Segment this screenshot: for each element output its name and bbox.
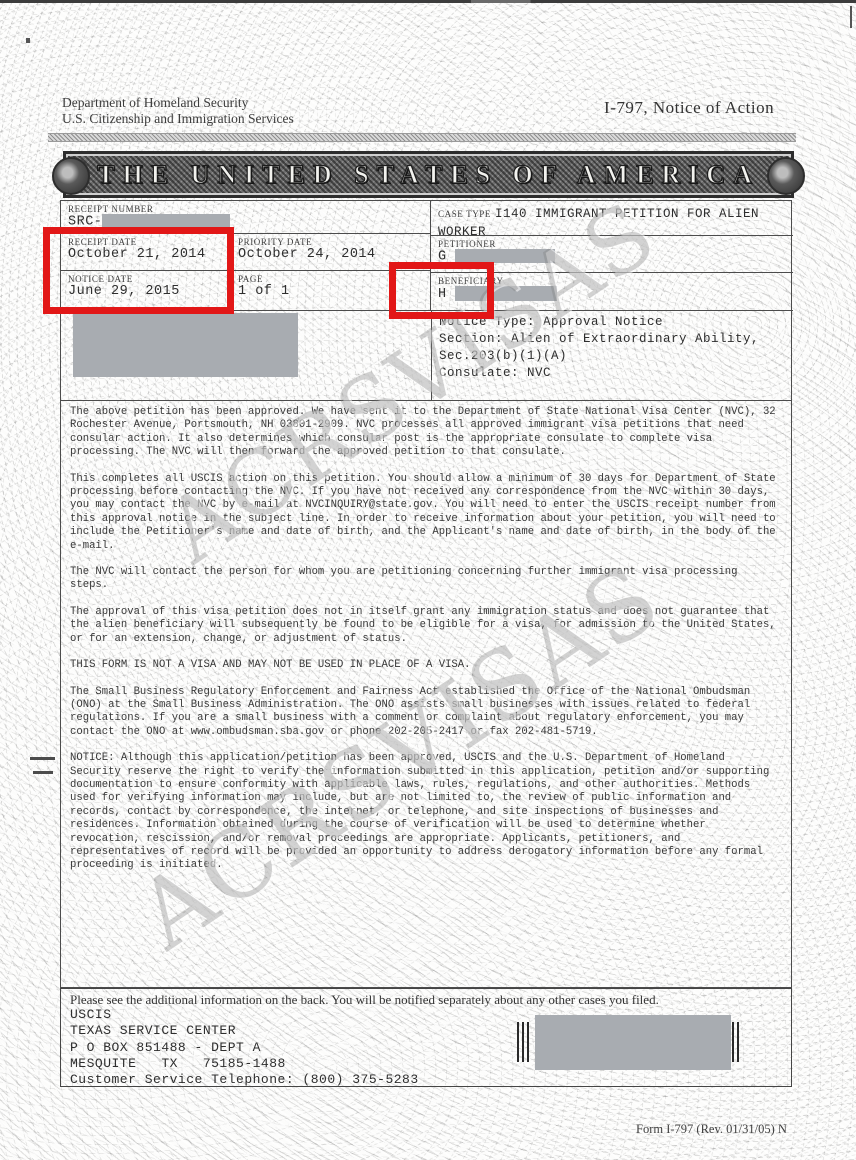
petitioner-label: PETITIONER <box>438 239 786 249</box>
decorative-strip <box>48 133 796 142</box>
agency-line1: Department of Homeland Security <box>62 95 294 111</box>
scan-artifact-top-edge <box>0 0 856 3</box>
body-paragraph-ombudsman: The Small Business Regulatory Enforcemen… <box>70 686 782 740</box>
notice-type-cell: Notice Type: Approval Notice Section: Al… <box>431 311 793 401</box>
banner-text: THE UNITED STATES OF AMERICA <box>97 160 760 190</box>
consulate-line: Consulate: NVC <box>439 365 786 382</box>
scan-speck <box>26 38 30 43</box>
receipt-number-redaction <box>102 214 230 228</box>
scan-speck <box>850 6 852 28</box>
banner-rosette-right <box>767 157 805 195</box>
body-paragraph-no-status: The approval of this visa petition does … <box>70 606 782 646</box>
receipt-number-label: RECEIPT NUMBER <box>68 204 423 214</box>
agency-line2: U.S. Citizenship and Immigration Service… <box>62 111 294 127</box>
margin-tick <box>33 771 53 774</box>
body-paragraph-nvc-steps: The NVC will contact the person for whom… <box>70 566 782 593</box>
highlight-box-dates <box>43 227 234 314</box>
body-paragraph-not-a-visa: THIS FORM IS NOT A VISA AND MAY NOT BE U… <box>70 659 782 672</box>
united-states-banner: THE UNITED STATES OF AMERICA <box>63 151 794 198</box>
footer-notice-line: Please see the additional information on… <box>70 992 782 1007</box>
agency-header: Department of Homeland Security U.S. Cit… <box>62 95 294 126</box>
body-paragraph-nvc-contact: This completes all USCIS action on this … <box>70 473 782 553</box>
body-paragraph-verification-notice: NOTICE: Although this application/petiti… <box>70 752 782 873</box>
body-paragraph-approved: The above petition has been approved. We… <box>70 406 782 460</box>
section-line1: Section: Alien of Extraordinary Ability, <box>439 331 786 348</box>
form-number: Form I-797 (Rev. 01/31/05) N <box>636 1122 787 1137</box>
form-title: I-797, Notice of Action <box>604 98 774 118</box>
footer-redaction <box>535 1015 731 1070</box>
case-type-label: CASE TYPE <box>438 209 491 219</box>
scanned-document-i797: Department of Homeland Security U.S. Cit… <box>0 0 856 1160</box>
address-line-phone: Customer Service Telephone: (800) 375-52… <box>70 1072 782 1088</box>
margin-tick <box>30 757 55 760</box>
barcode-left <box>517 1022 531 1062</box>
petitioner-redaction <box>455 249 555 263</box>
case-type-cell: CASE TYPE I140 IMMIGRANT PETITION FOR AL… <box>431 201 793 236</box>
addressee-redaction <box>73 313 298 377</box>
notice-body: The above petition has been approved. We… <box>60 400 792 988</box>
banner-rosette-left <box>52 157 90 195</box>
section-line2: Sec.203(b)(1)(A) <box>439 348 786 365</box>
priority-date-value: October 24, 2014 <box>238 247 423 262</box>
highlight-box-beneficiary <box>389 262 494 319</box>
barcode-right <box>732 1022 742 1062</box>
priority-date-label: PRIORITY DATE <box>238 237 423 247</box>
